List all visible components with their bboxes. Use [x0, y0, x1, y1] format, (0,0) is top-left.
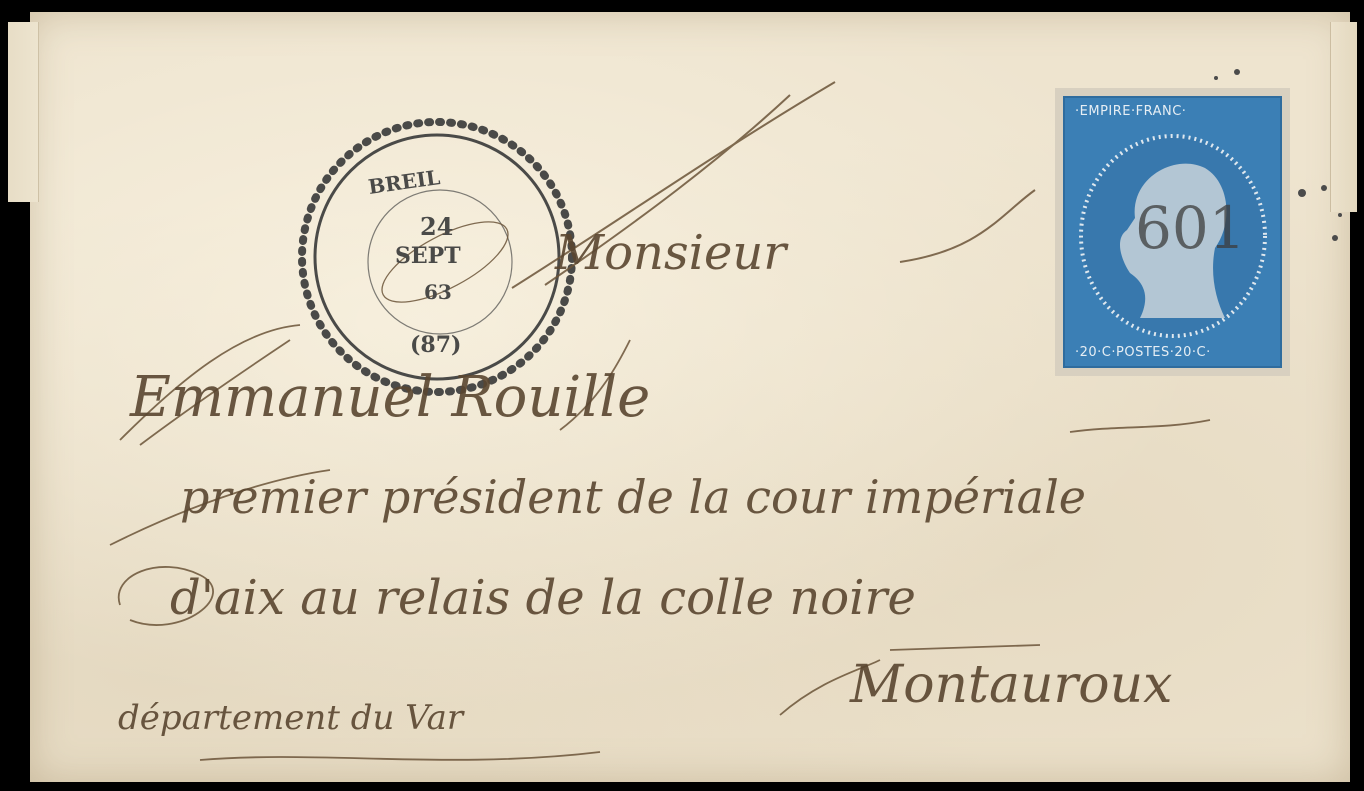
- postage-stamp: ·EMPIRE·FRANC· 601 ·20·C·POSTES·20·C·: [1055, 88, 1290, 376]
- salutation: Monsieur: [555, 225, 786, 281]
- postmark-department: (87): [410, 332, 461, 358]
- postmark-month: SEPT: [395, 243, 461, 269]
- address-place: d'aix au relais de la colle noire: [170, 570, 916, 626]
- svg-text:601: 601: [1135, 194, 1246, 262]
- postmark-day: 24: [420, 212, 453, 241]
- addressee-name: Emmanuel Rouille: [130, 365, 650, 430]
- address-department: département du Var: [118, 698, 463, 738]
- stamp-design: ·EMPIRE·FRANC· 601 ·20·C·POSTES·20·C·: [1063, 96, 1282, 368]
- addressee-title: premier président de la cour impériale: [180, 470, 1086, 524]
- postmark-year: 63: [424, 280, 452, 304]
- stamp-bottom-label: ·20·C·POSTES·20·C·: [1075, 345, 1211, 360]
- stamp-portrait: 601: [1065, 98, 1280, 366]
- address-town: Montauroux: [850, 655, 1172, 715]
